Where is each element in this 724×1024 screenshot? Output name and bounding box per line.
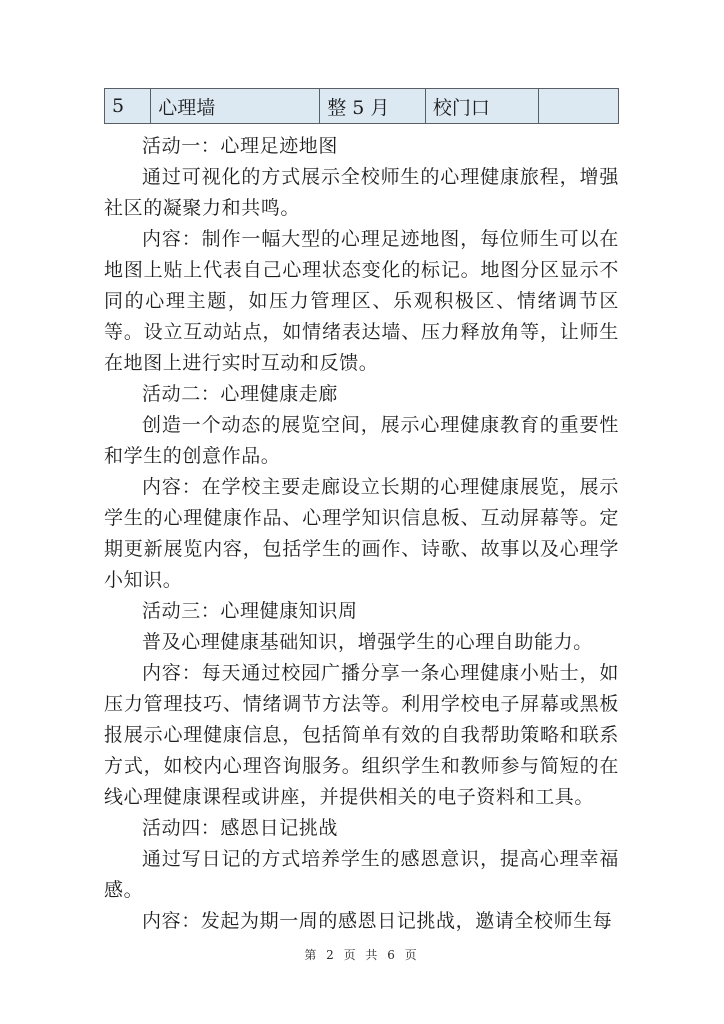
activity-4-content: 内容：发起为期一周的感恩日记挑战，邀请全校师生每	[104, 906, 619, 937]
activity-3-purpose: 普及心理健康基础知识，增强学生的心理自助能力。	[104, 627, 619, 658]
table-cell-index: 5	[105, 89, 151, 124]
activity-schedule-table: 5 心理墙 整 5 月 校门口	[104, 88, 619, 124]
document-body: 活动一：心理足迹地图 通过可视化的方式展示全校师生的心理健康旅程，增强社区的凝聚…	[104, 131, 619, 937]
table-cell-activity-name: 心理墙	[151, 89, 320, 124]
activity-1-purpose: 通过可视化的方式展示全校师生的心理健康旅程，增强社区的凝聚力和共鸣。	[104, 162, 619, 224]
activity-3-content: 内容：每天通过校园广播分享一条心理健康小贴士，如压力管理技巧、情绪调节方法等。利…	[104, 658, 619, 813]
table-cell-empty	[538, 89, 618, 124]
page-footer: 第 2 页 共 6 页	[0, 946, 724, 963]
activity-2-heading: 活动二：心理健康走廊	[104, 379, 619, 410]
activity-3-heading: 活动三：心理健康知识周	[104, 596, 619, 627]
activity-2-content: 内容：在学校主要走廊设立长期的心理健康展览，展示学生的心理健康作品、心理学知识信…	[104, 472, 619, 596]
activity-2-purpose: 创造一个动态的展览空间，展示心理健康教育的重要性和学生的创意作品。	[104, 410, 619, 472]
document-page: { "table": { "row": ["5", "心理墙", "整 5 月"…	[0, 0, 724, 1024]
table-row: 5 心理墙 整 5 月 校门口	[105, 89, 619, 124]
activity-4-purpose: 通过写日记的方式培养学生的感恩意识，提高心理幸福感。	[104, 844, 619, 906]
table-cell-schedule: 整 5 月	[320, 89, 426, 124]
page-content: 5 心理墙 整 5 月 校门口 活动一：心理足迹地图 通过可视化的方式展示全校师…	[104, 88, 619, 937]
activity-1-heading: 活动一：心理足迹地图	[104, 131, 619, 162]
activity-1-content: 内容：制作一幅大型的心理足迹地图，每位师生可以在地图上贴上代表自己心理状态变化的…	[104, 224, 619, 379]
activity-4-heading: 活动四：感恩日记挑战	[104, 813, 619, 844]
page-number-indicator: 第 2 页 共 6 页	[304, 948, 419, 962]
table-cell-location: 校门口	[425, 89, 538, 124]
